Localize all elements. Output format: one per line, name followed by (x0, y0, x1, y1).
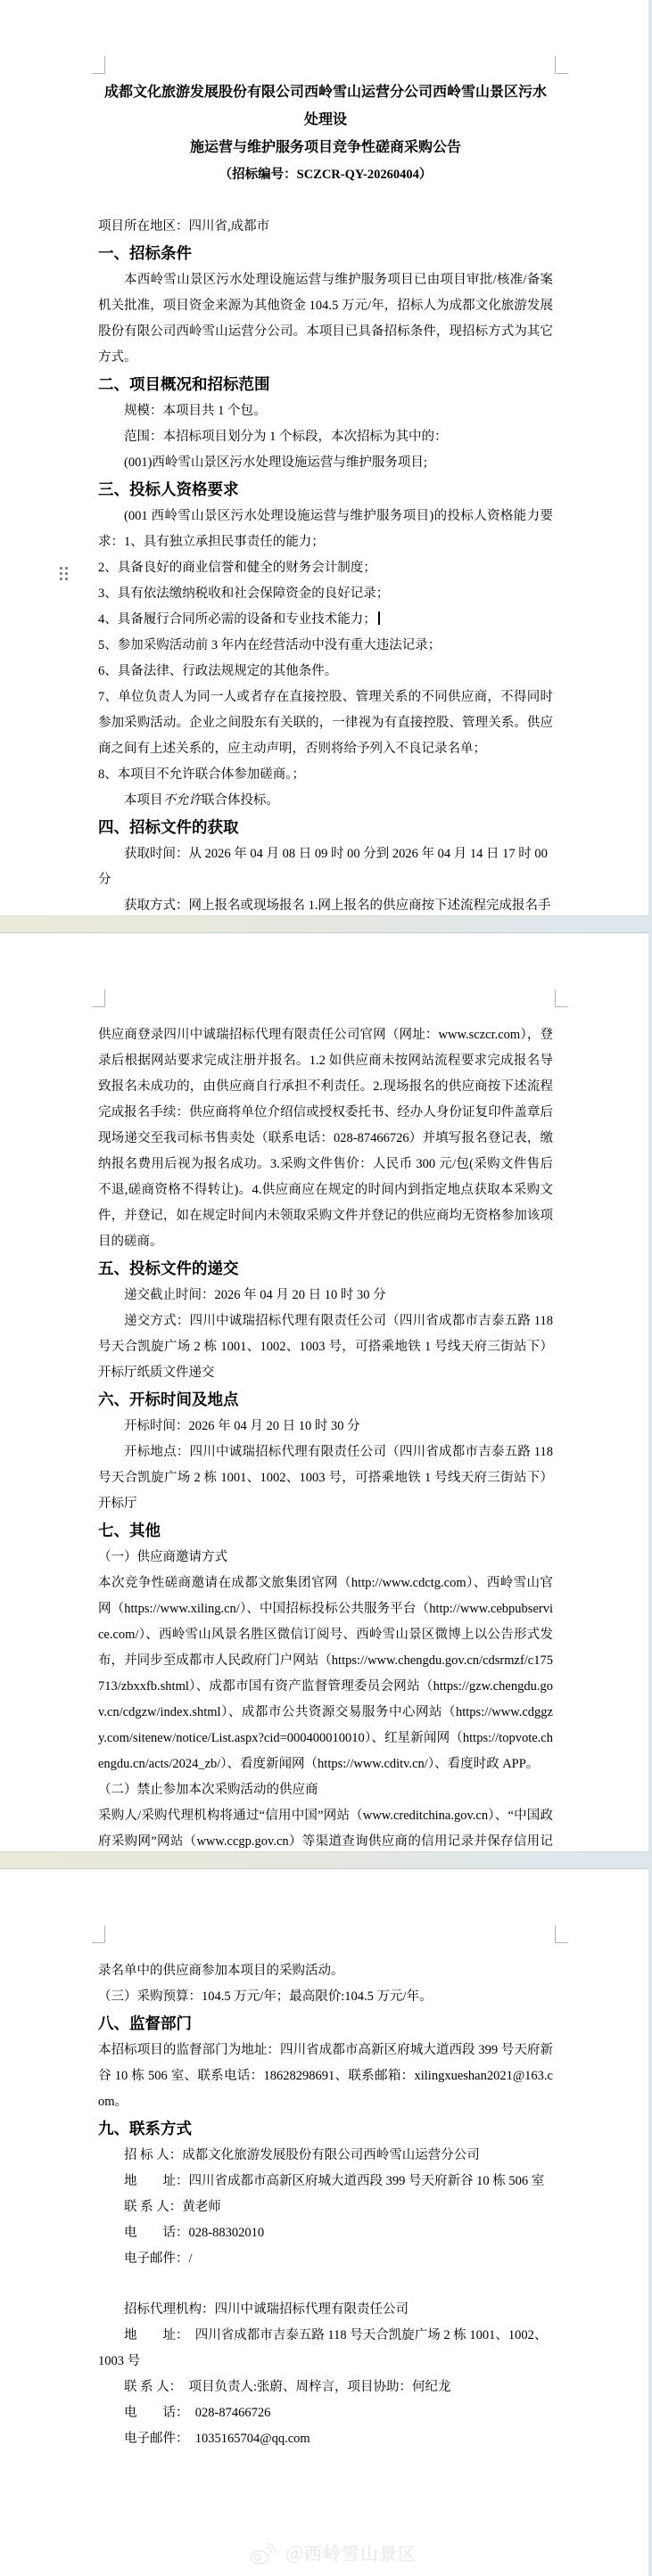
scale-line: 规模：本项目共 1 个包。 (98, 398, 553, 424)
invite-method-body: 本次竞争性磋商邀请在成都文旅集团官网（http://www.cdctg.com）… (98, 1571, 553, 1777)
obtain-method-continuation: 供应商登录四川中诚瑞招标代理有限责任公司官网（网址：www.sczcr.com）… (98, 1022, 553, 1255)
qualification-item-8: 8、本项目不允许联合体参加磋商。； (98, 762, 553, 788)
weibo-icon (248, 2540, 278, 2565)
section-4-heading: 四、招标文件的获取 (98, 814, 553, 841)
forbidden-suppliers-body: 采购人/采购代理机构将通过“信用中国”网站（www.creditchina.go… (98, 1803, 553, 1851)
margin-corner-mark-left (92, 1925, 105, 1943)
scrollbar-track[interactable] (648, 0, 652, 2576)
scope-item-line: (001)西岭雪山景区污水处理设施运营与维护服务项目; (98, 450, 553, 476)
page-separator-1 (0, 915, 652, 933)
opening-place-line: 开标地点：四川中诚瑞招标代理有限责任公司（四川省成都市吉泰五路 118 号天合凯… (98, 1440, 553, 1517)
invite-method-title: （一）供应商邀请方式 (98, 1545, 553, 1571)
project-location: 项目所在地区：四川省,成都市 (98, 214, 553, 240)
obtain-method-line: 获取方式：网上报名或现场报名 1.网上报名的供应商按下述流程完成报名手续：1.1 (98, 893, 553, 915)
document: 成都文化旅游发展股份有限公司西岭雪山运营分公司西岭雪山景区污水处理设 施运营与维… (0, 0, 652, 2576)
section-1-paragraph: 本西岭雪山景区污水处理设施运营与维护服务项目已由项目审批/核准/备案机关批准，项… (98, 267, 553, 371)
agency-email-line: 电子邮件： 1035165704@qq.com (98, 2426, 553, 2452)
qualification-item-2: 2、具备良好的商业信誉和健全的财务会计制度； (98, 555, 553, 581)
bidder-address-line: 地 址：四川省成都市高新区府城大道西段 399 号天府新谷 10 栋 506 室 (98, 2169, 553, 2195)
section-6-heading: 六、开标时间及地点 (98, 1386, 553, 1414)
agency-contact-line: 联 系 人： 项目负责人:张蔚、周梓言，项目协助：何纪龙 (98, 2375, 553, 2400)
agency-name-line: 招标代理机构：四川中诚瑞招标代理有限责任公司 (98, 2297, 553, 2323)
page-1: 成都文化旅游发展股份有限公司西岭雪山运营分公司西岭雪山景区污水处理设 施运营与维… (0, 0, 652, 915)
section-9-heading: 九、联系方式 (98, 2115, 553, 2143)
watermark-text: ＠西岭雪山景区 (285, 2539, 417, 2565)
no-consortium-prefix: 本项目 (124, 793, 163, 808)
qualification-item-4-text: 4、具备履行合同所必需的设备和专业技术能力； (98, 612, 376, 627)
bidder-phone-line: 电 话：028-88302010 (98, 2220, 553, 2246)
margin-corner-mark-right (555, 989, 568, 1007)
document-title-line2: 施运营与维护服务项目竞争性磋商采购公告 (98, 134, 553, 161)
qualification-item-6: 6、具备法律、行政法规规定的其他条件。 (98, 659, 553, 685)
drag-handle-icon[interactable] (60, 567, 68, 580)
weibo-watermark: ＠西岭雪山景区 (248, 2539, 417, 2565)
margin-corner-mark-left (92, 989, 105, 1007)
obtain-time-line: 获取时间：从 2026 年 04 月 08 日 09 时 00 分到 2026 … (98, 841, 553, 893)
forbidden-suppliers-title: （二）禁止参加本次采购活动的供应商 (98, 1777, 553, 1803)
submit-deadline-line: 递交截止时间：2026 年 04 月 20 日 10 时 30 分 (98, 1283, 553, 1309)
no-consortium-italic: 不允许 (163, 793, 202, 808)
budget-line: （三）采购预算：104.5 万元/年；最高限价:104.5 万元/年。 (98, 1984, 553, 2010)
qualification-item-4: 4、具备履行合同所必需的设备和专业技术能力； (98, 607, 553, 633)
margin-corner-mark-right (555, 56, 568, 74)
no-consortium-suffix: 联合体投标。 (202, 793, 279, 808)
opening-time-line: 开标时间：2026 年 04 月 20 日 10 时 30 分 (98, 1414, 553, 1440)
page-3: 录名单中的供应商参加本项目的采购活动。 （三）采购预算：104.5 万元/年；最… (0, 1869, 652, 2576)
bid-number: （招标编号：SCZCR-QY-20260404） (98, 161, 553, 189)
supervision-paragraph: 本招标项目的监督部门为地址：四川省成都市高新区府城大道西段 399 号天府新谷 … (98, 2038, 553, 2115)
section-2-heading: 二、项目概况和招标范围 (98, 371, 553, 398)
agency-address-line: 地 址： 四川省成都市吉泰五路 118 号天合凯旋广场 2 栋 1001、100… (98, 2323, 553, 2375)
document-title-line1: 成都文化旅游发展股份有限公司西岭雪山运营分公司西岭雪山景区污水处理设 (98, 78, 553, 134)
bidder-email-line: 电子邮件：/ (98, 2246, 553, 2272)
margin-corner-mark-right (555, 1925, 568, 1943)
section-1-heading: 一、招标条件 (98, 240, 553, 267)
qualification-item-1: (001 西岭雪山景区污水处理设施运营与维护服务项目)的投标人资格能力要求：1、… (98, 504, 553, 555)
section-5-heading: 五、投标文件的递交 (98, 1255, 553, 1283)
text-cursor (378, 611, 380, 625)
qualification-item-5: 5、参加采购活动前 3 年内在经营活动中没有重大违法记录； (98, 633, 553, 659)
submit-method-line: 递交方式：四川中诚瑞招标代理有限责任公司（四川省成都市吉泰五路 118 号天合凯… (98, 1309, 553, 1386)
qualification-item-7: 7、单位负责人为同一人或者存在直接控股、管理关系的不同供应商，不得同时参加采购活… (98, 685, 553, 762)
bidder-name-line: 招 标 人：成都文化旅游发展股份有限公司西岭雪山运营分公司 (98, 2143, 553, 2169)
page-separator-2 (0, 1851, 652, 1869)
section-8-heading: 八、监督部门 (98, 2010, 553, 2038)
section-3-heading: 三、投标人资格要求 (98, 476, 553, 504)
page-2: 供应商登录四川中诚瑞招标代理有限责任公司官网（网址：www.sczcr.com）… (0, 933, 652, 1851)
forbidden-suppliers-continuation: 录名单中的供应商参加本项目的采购活动。 (98, 1958, 553, 1984)
no-consortium-line: 本项目不允许联合体投标。 (98, 788, 553, 814)
qualification-item-3: 3、具有依法缴纳税收和社会保障资金的良好记录； (98, 581, 553, 607)
margin-corner-mark-left (92, 56, 105, 74)
agency-phone-line: 电 话： 028-87466726 (98, 2400, 553, 2426)
bidder-contact-line: 联 系 人：黄老师 (98, 2195, 553, 2220)
scope-line: 范围：本招标项目划分为 1 个标段，本次招标为其中的： (98, 424, 553, 450)
section-7-heading: 七、其他 (98, 1517, 553, 1545)
